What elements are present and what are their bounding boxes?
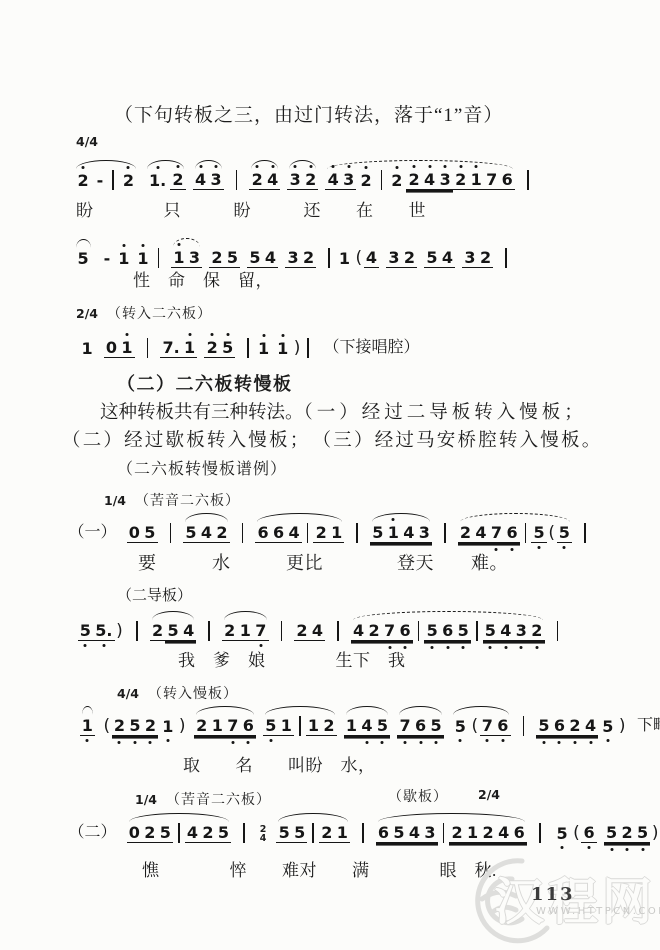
note: 3 — [417, 523, 433, 543]
note: 2 — [204, 338, 220, 358]
note: 4 — [351, 621, 367, 641]
note: 4 — [473, 523, 489, 543]
note-group: 24 — [249, 170, 280, 190]
music-annotation-text: 下略 — [634, 716, 660, 736]
music-line-1: 2-21.243243243222432176 — [70, 150, 537, 190]
note: 1 — [329, 523, 345, 543]
note: 2 — [458, 523, 474, 543]
note-group — [165, 523, 177, 543]
barline-icon — [281, 621, 283, 641]
note-group — [439, 523, 451, 543]
note: 4 — [496, 823, 512, 843]
note: 4 — [401, 523, 417, 543]
note-group: 32 — [287, 170, 318, 190]
barline-icon — [381, 170, 383, 190]
note: 2 — [356, 171, 375, 190]
note: 1 — [78, 339, 97, 358]
note: 4 — [325, 170, 341, 190]
barline-icon — [557, 621, 559, 641]
note: 4 — [498, 621, 514, 641]
note-group: 5143 — [370, 523, 432, 543]
note: 2 — [313, 523, 329, 543]
note: 3 — [341, 170, 357, 190]
note: 2 — [303, 170, 319, 190]
note: 3 — [208, 170, 224, 190]
slur-arc-icon — [129, 813, 230, 822]
note-group: （下接唱腔） — [321, 338, 423, 358]
note: 5 — [451, 717, 470, 736]
note-group — [552, 621, 564, 641]
barline-icon — [362, 823, 364, 843]
note: 5 — [158, 823, 174, 843]
page-number: 113 — [531, 884, 575, 905]
note: 4 — [286, 523, 302, 543]
barline-icon — [147, 338, 149, 358]
note-group: 217 — [222, 621, 269, 641]
slur-arc-icon — [378, 813, 525, 822]
note-group — [142, 338, 154, 358]
note: 6 — [504, 523, 520, 543]
note: 7 — [253, 621, 269, 641]
note-group — [534, 823, 546, 843]
time-signature-top: 4/4 — [76, 133, 98, 151]
music-annotation-text: （二） — [66, 823, 120, 843]
note-group — [579, 523, 591, 543]
note: 0 — [127, 823, 143, 843]
barline-icon — [247, 338, 249, 358]
note: 1 — [386, 523, 402, 543]
note: 5 — [598, 717, 617, 736]
note: 0 — [104, 338, 120, 358]
note: 7 — [225, 716, 241, 736]
barline-icon — [527, 170, 529, 190]
music-line-3: 1017.12511)（下接唱腔） — [74, 318, 426, 358]
barline-icon — [505, 248, 507, 268]
note: 6 — [511, 823, 527, 843]
note: 1 — [279, 716, 295, 736]
note: 6 — [552, 716, 568, 736]
note-group: 2-2 — [74, 170, 139, 190]
note: 3 — [462, 248, 478, 268]
note: 4 — [583, 716, 599, 736]
watermark-site-name: 汉程网 — [494, 862, 656, 934]
note-group: 254 — [150, 621, 197, 641]
note: 1 — [114, 249, 133, 268]
paragraph-line-1: 这种转板共有三种转法。（一）经过二导板转入慢板； — [100, 398, 587, 424]
note: 6 — [376, 823, 392, 843]
barline-icon — [307, 338, 309, 358]
note-group: 525) — [604, 823, 660, 843]
note: 6 — [397, 621, 413, 641]
note-group: 1(4 — [323, 248, 379, 268]
note: 3 — [437, 170, 453, 190]
note: 5 — [428, 716, 444, 736]
note: 2 — [387, 171, 406, 190]
note-group: 2176 — [194, 716, 256, 736]
barline-icon — [444, 523, 446, 543]
slur-arc-icon — [152, 611, 195, 620]
music-annotation-text: （一） — [66, 523, 120, 543]
note-group: 01 — [104, 338, 135, 358]
note-group: 下略 — [634, 716, 660, 736]
barline-icon — [112, 170, 114, 190]
slur-arc-icon — [76, 239, 91, 248]
barline-icon — [539, 823, 541, 843]
note: 4 — [263, 248, 279, 268]
note: 5 — [183, 523, 199, 543]
note-group: 5 — [74, 249, 93, 268]
note-group: 42765655432 — [351, 621, 545, 641]
note: 7. — [160, 338, 182, 358]
note: 1. — [145, 171, 170, 190]
note: 5 — [247, 248, 263, 268]
note: 4 — [185, 823, 201, 843]
lyrics-line-1: 盼 只 盼 还 在 世 — [76, 196, 426, 221]
note: 5 — [531, 523, 547, 543]
note: 4 — [199, 523, 215, 543]
barline-icon — [523, 716, 525, 736]
paragraph-text: 这种转板共有三种转法。 — [100, 403, 304, 423]
note: 4 — [193, 170, 209, 190]
note: 6 — [255, 523, 271, 543]
barline-icon — [158, 248, 160, 268]
note-group — [237, 523, 249, 543]
sheet-music-page: （下句转板之三，由过门转法，落于“1”音） 4/4 2-21.243243243… — [0, 0, 660, 950]
note: 5 — [375, 716, 391, 736]
note: 2 — [402, 248, 418, 268]
note-group: 1 — [78, 339, 97, 358]
slur-arc-icon — [460, 513, 570, 522]
note-group: 145 — [344, 716, 391, 736]
note: 1 — [465, 823, 481, 843]
note: 2 — [366, 621, 382, 641]
note-group: 1 — [80, 716, 96, 736]
slur-arc-icon — [257, 513, 342, 522]
note: 5 — [536, 716, 552, 736]
note: 5 — [424, 621, 440, 641]
note: 5 — [635, 823, 651, 843]
note: 2 — [478, 248, 494, 268]
note: 1 — [238, 621, 254, 641]
note: 7 — [397, 716, 413, 736]
lyrics-line-6: 取 名 叫盼 水， — [183, 751, 376, 776]
note: 2 — [143, 716, 159, 736]
note: 3 — [514, 621, 530, 641]
slur-arc-icon — [265, 706, 335, 715]
note-group: -11 — [100, 248, 165, 268]
note: 2 — [112, 716, 128, 736]
note: 5 — [424, 248, 440, 268]
inline-time-signature: 24 — [260, 826, 267, 843]
note: 2 — [453, 170, 469, 190]
note: 4 — [310, 621, 326, 641]
note-group — [203, 621, 215, 641]
note: 1 — [335, 249, 354, 268]
time-signature-change: 2/4 — [478, 786, 500, 804]
parenthesis: ) — [650, 824, 660, 843]
parenthesis: ) — [617, 717, 627, 736]
barline-icon — [178, 823, 180, 843]
note-group — [500, 248, 512, 268]
note: 6 — [271, 523, 287, 543]
note: 5 — [216, 823, 232, 843]
note: 5 — [455, 621, 471, 641]
parenthesis: ( — [470, 717, 480, 736]
dash-note: - — [100, 249, 115, 268]
note-group: 765 — [397, 716, 444, 736]
note: 5 — [391, 823, 407, 843]
note: 2 — [319, 823, 335, 843]
barline-icon — [242, 523, 244, 543]
paragraph-text: （一）经过二导板转入慢板； — [304, 403, 587, 423]
note: 5 — [225, 248, 241, 268]
note: 7 — [489, 523, 505, 543]
note: 1 — [273, 339, 292, 358]
music-annotation-text: （下接唱腔） — [321, 338, 423, 358]
note: 4 — [364, 248, 380, 268]
note: 5 — [370, 523, 386, 543]
slur-arc-icon — [453, 706, 509, 715]
note-group: 13 — [171, 248, 202, 268]
note: 2 — [529, 621, 545, 641]
lyrics-line-5: 我 爹 娘 生下 我 — [178, 646, 406, 671]
note: 4 — [181, 621, 197, 641]
note: 2 — [142, 823, 158, 843]
time-signature-value: 4/4 — [76, 134, 98, 149]
barline-icon — [236, 170, 238, 190]
note: 5 — [604, 823, 620, 843]
slur-arc-icon — [327, 160, 513, 169]
note: 2 — [480, 823, 496, 843]
slur-arc-icon — [399, 706, 442, 715]
barline-icon — [307, 523, 309, 543]
watermark-url: WWW.HTTPCN.COM — [536, 906, 660, 917]
note: 2 — [567, 716, 583, 736]
time-signature-digit: 4 — [260, 835, 267, 844]
music-line-6: 1(2521)217651121457655(7656245)下略 — [76, 696, 660, 736]
parenthesis: ) — [177, 717, 187, 736]
barline-icon — [328, 248, 330, 268]
page-title: （下句转板之三，由过门转法，落于“1”音） — [114, 100, 503, 127]
note: 2 — [194, 716, 210, 736]
note: 5 — [292, 823, 308, 843]
note: 1 — [182, 338, 198, 358]
note: 2 — [619, 823, 635, 843]
note: 5 — [553, 824, 572, 843]
note: 3 — [187, 248, 203, 268]
parenthesis: ) — [115, 622, 125, 641]
note: 2 — [449, 823, 465, 843]
music-line-4: （一）0554266421514324765(5 — [62, 503, 594, 543]
note: 6 — [499, 170, 515, 190]
note-group: 5521 — [276, 823, 350, 843]
note: 3 — [285, 248, 301, 268]
slur-arc-icon — [353, 611, 543, 620]
music-line-7: （二）0254252455216543212465(6525) — [62, 803, 660, 843]
note-group: 24 — [294, 621, 325, 641]
note-group: 56245) — [536, 716, 627, 736]
barline-icon — [208, 621, 210, 641]
note: 2 — [321, 716, 337, 736]
note: 1 — [119, 338, 135, 358]
note: 2 — [294, 621, 310, 641]
note-group: 25 — [204, 338, 235, 358]
barline-icon — [584, 523, 586, 543]
note: 5 — [142, 523, 158, 543]
slur-arc-icon — [224, 611, 267, 620]
note: 7 — [484, 170, 500, 190]
note: 4 — [407, 823, 423, 843]
note-group: 24765(5 — [458, 523, 572, 543]
note: 5 — [263, 716, 279, 736]
note: 2 — [74, 171, 93, 190]
note-group: 654321246 — [376, 823, 527, 843]
barline-icon — [356, 523, 358, 543]
note-group: （二） — [66, 823, 120, 843]
barline-icon — [299, 716, 301, 736]
note-group: 025425 — [127, 823, 232, 843]
music-line-5: 55.)2542172442765655432 — [74, 601, 567, 641]
note-group: 11) — [242, 338, 313, 358]
slur-arc-icon — [196, 706, 254, 715]
note: 3 — [287, 170, 303, 190]
note-group: 05 — [127, 523, 158, 543]
note: 2 — [222, 621, 238, 641]
slur-arc-icon — [346, 706, 389, 715]
note: 2 — [214, 523, 230, 543]
note: 5 — [127, 716, 143, 736]
barline-icon — [337, 621, 339, 641]
parenthesis: ( — [102, 717, 112, 736]
note-group: 32 — [462, 248, 493, 268]
dash-note: - — [93, 171, 108, 190]
note: 1 — [468, 170, 484, 190]
note: 1 — [80, 716, 96, 736]
note-group — [131, 621, 143, 641]
lyrics-line-4: 要 水 更比 登天 难。 — [138, 549, 508, 575]
note: 2 — [200, 823, 216, 843]
note: 7 — [480, 716, 496, 736]
note: 4 — [359, 716, 375, 736]
note-group: 542 — [183, 523, 230, 543]
note: 2 — [119, 171, 138, 190]
note-group: 55.) — [78, 621, 125, 641]
note: 2 — [301, 248, 317, 268]
section-heading: （二）二六板转慢板 — [117, 370, 293, 396]
note: 5 — [483, 621, 499, 641]
parenthesis: ( — [547, 524, 557, 543]
slur-arc-icon — [278, 813, 348, 822]
barline-icon — [136, 621, 138, 641]
paragraph-line-2: （二）经过歇板转入慢板； （三）经过马安桥腔转入慢板。 — [62, 426, 602, 452]
lyrics-line-2: 性 命 保 留， — [133, 266, 273, 291]
time-signature-value: 2/4 — [478, 787, 500, 802]
note: 6 — [241, 716, 257, 736]
note-group — [238, 823, 250, 843]
note-group: 5112 — [263, 716, 337, 736]
note: 1 — [306, 716, 322, 736]
slur-arc-icon — [372, 513, 430, 522]
note-group: 25 — [209, 248, 240, 268]
note: 1 — [210, 716, 226, 736]
barline-icon — [443, 823, 445, 843]
note: 3 — [386, 248, 402, 268]
note: 2 — [406, 170, 422, 190]
note-group — [518, 716, 530, 736]
note: 1 — [254, 339, 273, 358]
parenthesis: ) — [292, 339, 302, 358]
note-group: （一） — [66, 523, 120, 543]
note: 4 — [422, 170, 438, 190]
note: 1 — [171, 248, 187, 268]
note: 5 — [74, 249, 93, 268]
note-group: 54 — [247, 248, 278, 268]
barline-icon — [418, 621, 420, 641]
note-group: 5(6 — [553, 823, 597, 843]
slur-arc-icon — [185, 513, 228, 522]
barline-icon — [476, 621, 478, 641]
note-group: 1.2 — [145, 170, 186, 190]
parenthesis: ( — [572, 824, 582, 843]
parenthesis: ( — [354, 249, 364, 268]
note-group: 32 — [386, 248, 417, 268]
note: 6 — [581, 823, 597, 843]
barline-icon — [525, 523, 527, 543]
barline-icon — [170, 523, 172, 543]
note: 4 — [440, 248, 456, 268]
note: 5 — [557, 523, 573, 543]
note: 1 — [335, 823, 351, 843]
note: 2 — [170, 170, 186, 190]
note-group — [332, 621, 344, 641]
note: 4 — [265, 170, 281, 190]
note: 6 — [440, 621, 456, 641]
note-group: 54 — [424, 248, 455, 268]
note-group — [231, 170, 243, 190]
note-group: 32 — [285, 248, 316, 268]
lyrics-line-7: 憔 悴 难对 满 眼 秋. — [142, 856, 497, 881]
note-group — [351, 523, 363, 543]
score-example-label: （二六板转慢板谱例） — [117, 456, 287, 479]
note: 3 — [422, 823, 438, 843]
note: 6 — [413, 716, 429, 736]
note: 2 — [209, 248, 225, 268]
barline-icon — [312, 823, 314, 843]
note: 5 — [78, 621, 94, 641]
note: 5. — [93, 621, 115, 641]
slur-arc-icon — [82, 706, 94, 715]
note: 6 — [495, 716, 511, 736]
barline-icon — [243, 823, 245, 843]
note-group: 5(76 — [451, 716, 511, 736]
note: 1 — [158, 717, 177, 736]
note: 5 — [165, 621, 181, 641]
note: 2 — [249, 170, 265, 190]
note-group: (2521) — [102, 716, 187, 736]
note: 1 — [344, 716, 360, 736]
note: 7 — [382, 621, 398, 641]
music-line-2: 5-11132554321(4325432 — [70, 228, 515, 268]
note: 5 — [276, 823, 292, 843]
note-group: 7.1 — [160, 338, 197, 358]
note-group — [522, 170, 534, 190]
note-group — [276, 621, 288, 641]
note: 5 — [220, 338, 236, 358]
note-group: 24 — [257, 829, 270, 843]
note-group: 66421 — [255, 523, 344, 543]
note: 2 — [150, 621, 166, 641]
note-group — [357, 823, 369, 843]
